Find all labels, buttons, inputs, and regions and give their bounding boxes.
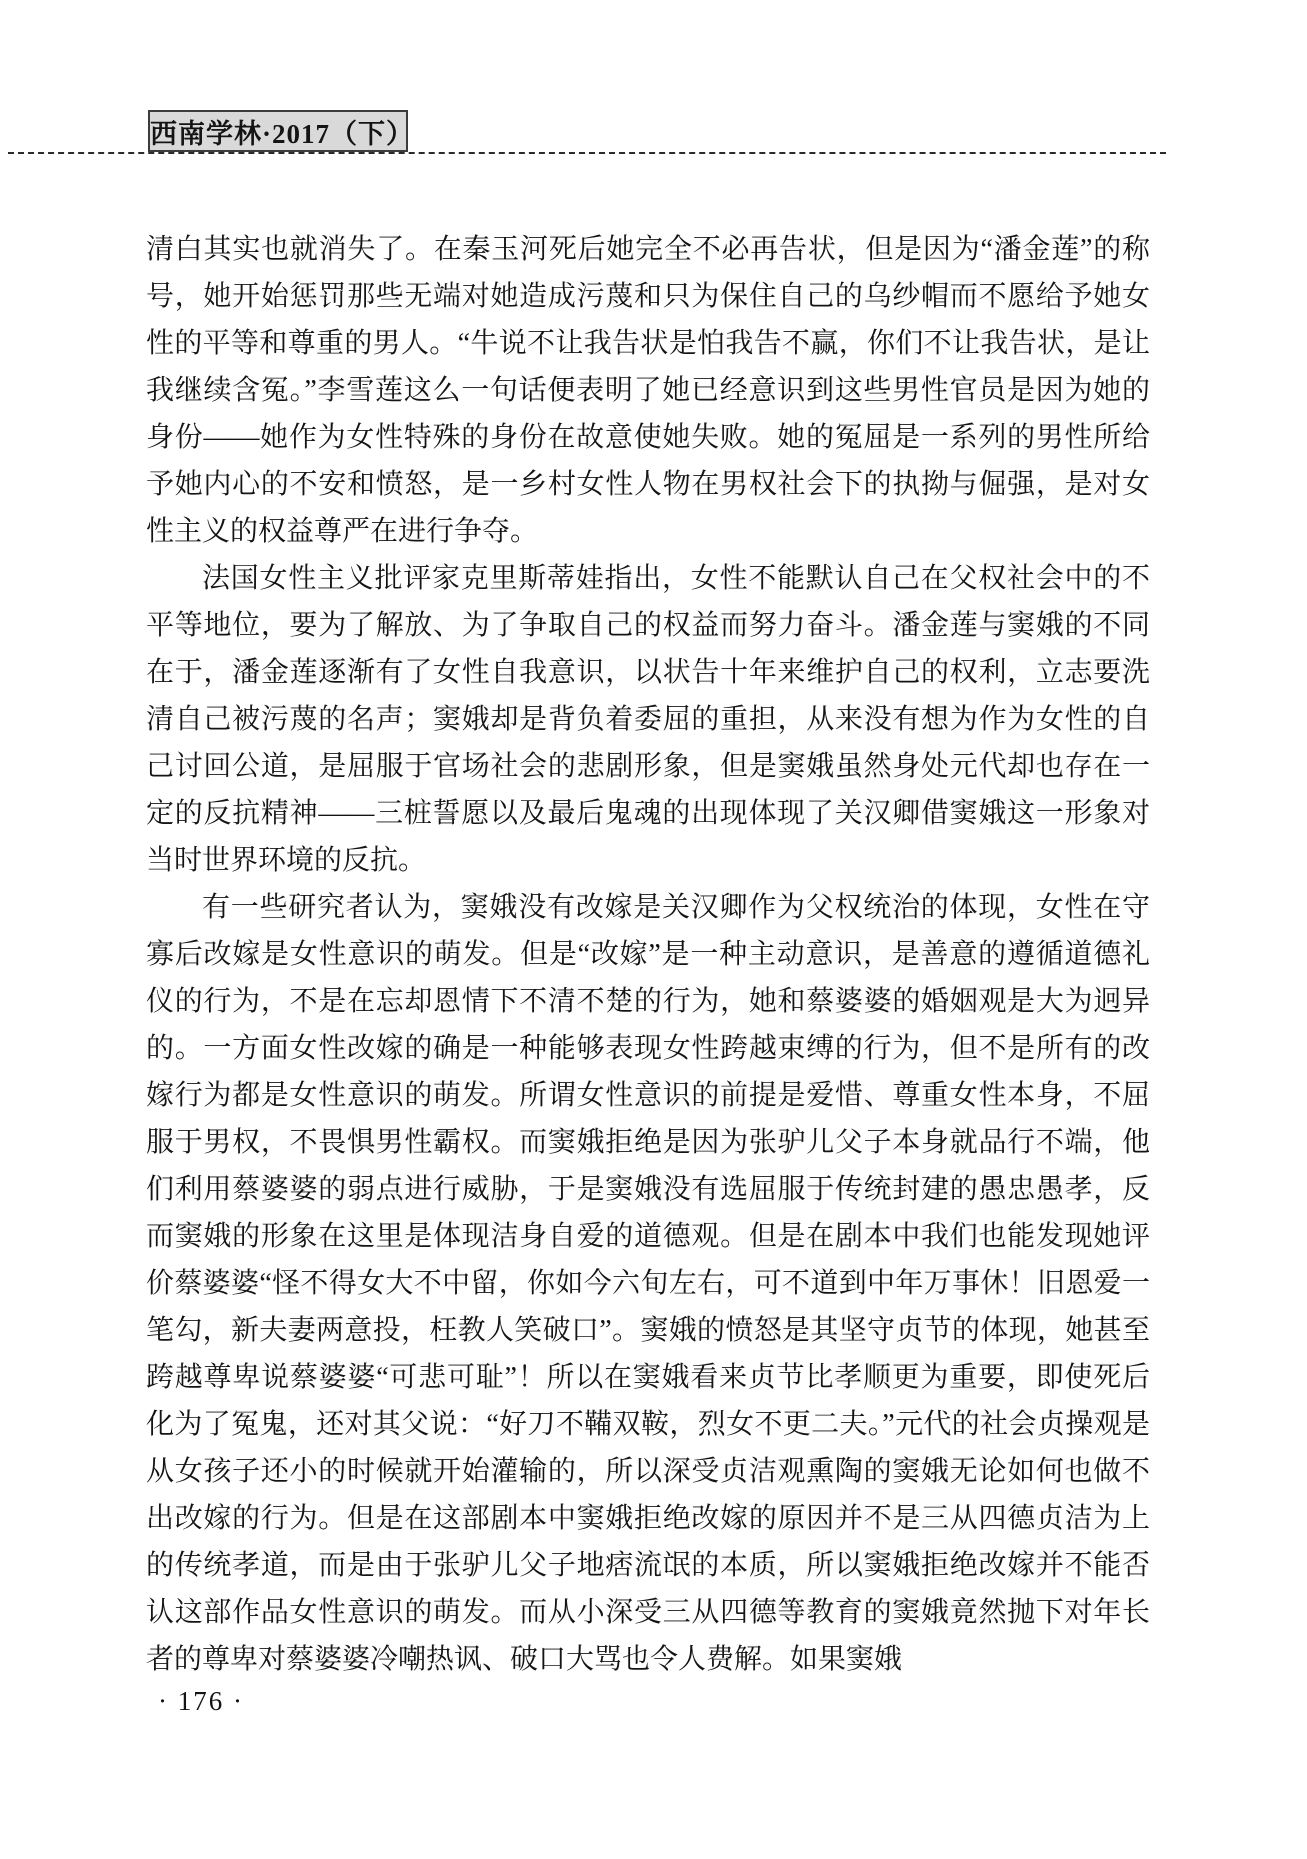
page-body-text: 清白其实也就消失了。在秦玉河死后她完全不必再告状，但是因为“潘金莲”的称号，她开… <box>146 226 1150 1683</box>
paragraph-continuation: 清白其实也就消失了。在秦玉河死后她完全不必再告状，但是因为“潘金莲”的称号，她开… <box>146 226 1150 555</box>
journal-title: 西南学林·2017（下） <box>150 112 406 151</box>
journal-header-badge: 西南学林·2017（下） <box>148 110 408 152</box>
dashed-divider <box>8 152 1166 154</box>
page-number: · 176 · <box>158 1686 244 1717</box>
paragraph: 法国女性主义批评家克里斯蒂娃指出，女性不能默认自己在父权社会中的不平等地位，要为… <box>146 555 1150 884</box>
paragraph: 有一些研究者认为，窦娥没有改嫁是关汉卿作为父权统治的体现，女性在守寡后改嫁是女性… <box>146 884 1150 1683</box>
